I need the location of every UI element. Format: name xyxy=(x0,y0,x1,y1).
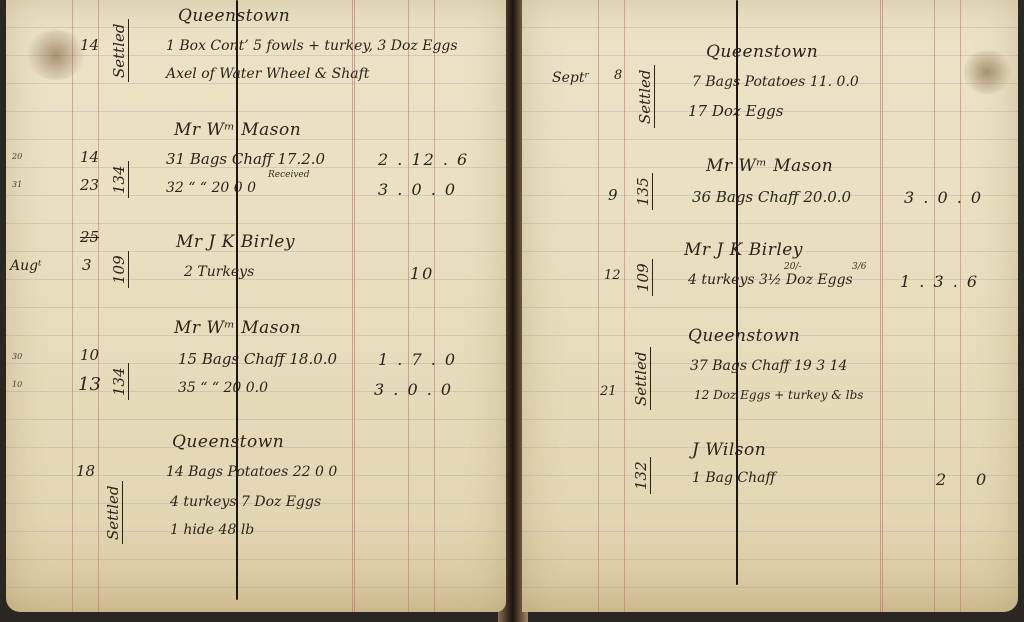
entry-date: 9 xyxy=(608,186,618,204)
margin-note: 31 xyxy=(12,180,22,189)
folio-number: 109 xyxy=(634,259,653,296)
folio-number: 135 xyxy=(634,173,653,210)
account-name: Queenstown xyxy=(178,6,290,26)
entry-date: 10 xyxy=(80,346,99,364)
account-name: Mr Wᵐ Mason xyxy=(174,318,301,338)
entry-line: 35 “ “ 20 0.0 xyxy=(178,380,268,396)
entry-line: 14 Bags Potatoes 22 0 0 xyxy=(166,464,337,480)
date-column-rule xyxy=(72,0,73,612)
settled-mark: Settled xyxy=(632,348,651,411)
entry-line: 4 turkeys 3½ Doz Eggs xyxy=(688,272,853,288)
date-column-rule xyxy=(598,0,599,612)
entry-line: 1 Bag Chaff xyxy=(692,470,775,486)
entry-line: 7 Bags Potatoes 11. 0.0 xyxy=(692,74,859,90)
entry-amount-shillings: 2 xyxy=(936,470,948,489)
margin-note: 30 xyxy=(12,352,22,361)
ruled-lines xyxy=(522,0,1018,612)
entry-amount: 1 . 7 . 0 xyxy=(378,350,457,369)
entry-date: 21 xyxy=(600,384,617,399)
margin-note: 10 xyxy=(12,380,22,389)
entry-date: 8 xyxy=(614,68,622,83)
month-label: Augᵗ xyxy=(10,258,42,274)
entry-amount: 10 xyxy=(410,264,434,283)
entry-line: 36 Bags Chaff 20.0.0 xyxy=(692,188,851,206)
pounds-column-rule xyxy=(352,0,355,612)
entry-line: 32 “ “ 20 0 0 xyxy=(166,180,256,196)
entry-line: 12 Doz Eggs + turkey & lbs xyxy=(694,388,863,402)
entry-date: 13 xyxy=(78,374,101,395)
folio-number: 109 xyxy=(110,251,129,288)
entry-amount: 3 . 0 . 0 xyxy=(904,188,983,207)
page-fold-line xyxy=(236,0,238,600)
stain-mark xyxy=(962,50,1012,94)
entry-date: 12 xyxy=(604,268,621,283)
margin-note: 20 xyxy=(12,152,22,161)
entry-line: 1 Box Cont’ 5 fowls + turkey, 3 Doz Eggs xyxy=(166,38,458,54)
settled-mark: Settled xyxy=(104,482,123,545)
entry-note: 3/6 xyxy=(852,262,866,272)
ruled-lines xyxy=(6,0,506,612)
entry-date: 3 xyxy=(82,256,92,274)
entry-date: 14 xyxy=(80,148,99,166)
account-name: J Wilson xyxy=(692,440,766,460)
left-page: Queenstown 14 Settled 1 Box Cont’ 5 fowl… xyxy=(6,0,506,612)
entry-amount: 3 . 0 . 0 xyxy=(374,380,453,399)
pence-column-rule xyxy=(960,0,961,612)
entry-date: 18 xyxy=(76,462,95,480)
entry-line: Axel of Water Wheel & Shaft xyxy=(166,66,369,82)
folio-column-rule xyxy=(624,0,625,612)
entry-amount-pence: 0 xyxy=(976,470,988,489)
right-page: Queenstown Septʳ 8 Settled 7 Bags Potato… xyxy=(522,0,1018,612)
stain-mark xyxy=(26,30,86,80)
account-name: Queenstown xyxy=(688,326,800,346)
account-name: Mr Wᵐ Mason xyxy=(174,120,301,140)
entry-date: 14 xyxy=(80,36,99,54)
entry-note: Received xyxy=(268,170,310,180)
folio-number: 132 xyxy=(632,457,651,494)
entry-line: 2 Turkeys xyxy=(184,264,254,280)
settled-mark: Settled xyxy=(636,66,655,129)
entry-note: 20/- xyxy=(784,262,802,272)
pence-column-rule xyxy=(434,0,435,612)
entry-line: 1 hide 48 lb xyxy=(170,522,254,538)
entry-amount: 1 . 3 . 6 xyxy=(900,272,979,291)
account-name: Queenstown xyxy=(172,432,284,452)
folio-column-rule xyxy=(98,0,99,612)
settled-mark: Settled xyxy=(110,20,129,83)
struck-date: 25 xyxy=(80,228,99,246)
entry-line: 4 turkeys 7 Doz Eggs xyxy=(170,494,321,510)
shillings-column-rule xyxy=(934,0,935,612)
entry-date: 23 xyxy=(80,176,99,194)
entry-amount: 3 . 0 . 0 xyxy=(378,180,457,199)
account-name: Mr J K Birley xyxy=(684,240,803,260)
entry-amount: 2 . 12 . 6 xyxy=(378,150,469,169)
pounds-column-rule xyxy=(880,0,883,612)
account-name: Queenstown xyxy=(706,42,818,62)
month-label: Septʳ xyxy=(552,70,589,86)
folio-number: 134 xyxy=(110,363,129,400)
ledger-book: Queenstown 14 Settled 1 Box Cont’ 5 fowl… xyxy=(0,0,1024,622)
account-name: Mr J K Birley xyxy=(176,232,295,252)
entry-line: 15 Bags Chaff 18.0.0 xyxy=(178,350,337,368)
folio-number: 134 xyxy=(110,161,129,198)
entry-line: 17 Doz Eggs xyxy=(688,102,783,120)
entry-line: 31 Bags Chaff 17.2.0 xyxy=(166,150,325,168)
entry-line: 37 Bags Chaff 19 3 14 xyxy=(690,358,847,374)
shillings-column-rule xyxy=(408,0,409,612)
account-name: Mr Wᵐ Mason xyxy=(706,156,833,176)
